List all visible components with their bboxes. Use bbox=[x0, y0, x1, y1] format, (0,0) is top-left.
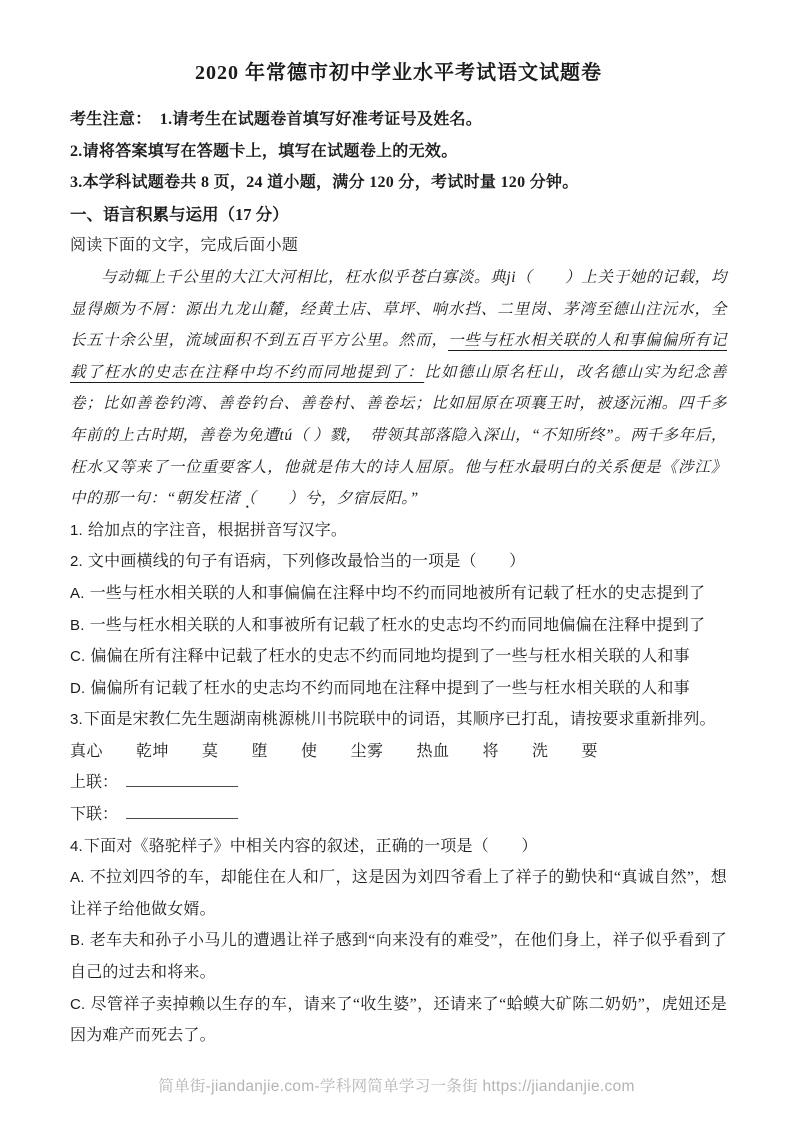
question-2-option-c: C.偏偏在所有注释中记载了枉水的史志不约而同地均提到了一些与枉水相关联的人和事 bbox=[70, 641, 727, 673]
q4-option-c-label: C. bbox=[70, 996, 85, 1013]
option-b-text: 一些与枉水相关联的人和事被所有记载了枉水的史志均不约而同地偏偏在注释中提到了 bbox=[90, 617, 706, 634]
question-2-text: 文中画横线的句子有语病，下列修改最恰当的一项是（ ） bbox=[88, 553, 525, 570]
q4-option-b-text: 老车夫和孙子小马儿的遭遇让祥子感到“向来没有的难受”，在他们身上，祥子似乎看到了… bbox=[70, 932, 727, 981]
question-3: 3.下面是宋教仁先生题湖南桃源桃川书院联中的词语，其顺序已打乱，请按要求重新排列… bbox=[70, 704, 727, 736]
question-1-text: 给加点的字注音，根据拼音写汉字。 bbox=[88, 522, 347, 539]
question-4-option-a: A.不拉刘四爷的车，却能住在人和厂，这是因为刘四爷看上了祥子的勤快和“真诚自然”… bbox=[70, 862, 727, 925]
option-d-text: 偏偏所有记载了枉水的史志均不约而同地在注释中提到了一些与枉水相关联的人和事 bbox=[90, 680, 689, 697]
section-heading: 一、语言积累与运用（17 分） bbox=[70, 199, 727, 231]
question-2-option-b: B.一些与枉水相关联的人和事被所有记载了枉水的史志均不约而同地偏偏在注释中提到了 bbox=[70, 610, 727, 642]
dotted-character: 渚 bbox=[224, 490, 240, 507]
question-3-text: 下面是宋教仁先生题湖南桃源桃川书院联中的词语，其顺序已打乱，请按要求重新排列。 bbox=[84, 711, 716, 728]
q4-option-a-text: 不拉刘四爷的车，却能住在人和厂，这是因为刘四爷看上了祥子的勤快和“真诚自然”，想… bbox=[70, 869, 727, 918]
question-3-number: 3. bbox=[70, 711, 83, 728]
option-a-text: 一些与枉水相关联的人和事偏偏在注释中均不约而同地被所有记载了枉水的史志提到了 bbox=[90, 585, 706, 602]
question-2-number: 2. bbox=[70, 553, 83, 570]
notice-line-3: 3.本学科试题卷共 8 页，24 道小题，满分 120 分，考试时量 120 分… bbox=[70, 167, 727, 199]
question-2-option-d: D.偏偏所有记载了枉水的史志均不约而同地在注释中提到了一些与枉水相关联的人和事 bbox=[70, 673, 727, 705]
question-4-option-c: C.尽管祥子卖掉赖以生存的车，请来了“收生婆”，还请来了“蛤蟆大矿陈二奶奶”，虎… bbox=[70, 989, 727, 1052]
exam-paper-page: 2020 年常德市初中学业水平考试语文试题卷 考生注意： 1.请考生在试题卷首填… bbox=[0, 0, 793, 1052]
question-2-option-a: A.一些与枉水相关联的人和事偏偏在注释中均不约而同地被所有记载了枉水的史志提到了 bbox=[70, 578, 727, 610]
question-1: 1.给加点的字注音，根据拼音写汉字。 bbox=[70, 515, 727, 547]
option-d-label: D. bbox=[70, 680, 85, 697]
notice-line-2: 2.请将答案填写在答题卡上，填写在试题卷上的无效。 bbox=[70, 136, 727, 168]
question-4-text: 下面对《骆驼样子》中相关内容的叙述，正确的一项是（ ） bbox=[84, 838, 538, 855]
option-b-label: B. bbox=[70, 617, 85, 634]
page-title: 2020 年常德市初中学业水平考试语文试题卷 bbox=[70, 58, 727, 88]
passage-part3: （ ）兮，夕宿辰阳。” bbox=[240, 490, 419, 507]
reading-intro: 阅读下面的文字，完成后面小题 bbox=[70, 230, 727, 262]
notice-line-1: 考生注意： 1.请考生在试题卷首填写好准考证号及姓名。 bbox=[70, 104, 727, 136]
passage-part2: 比如德山原名枉山，改名德山实为纪念善卷；比如善卷钓湾、善卷钓台、善卷村、善卷坛；… bbox=[70, 364, 727, 507]
question-4-option-b: B.老车夫和孙子小马儿的遭遇让祥子感到“向来没有的难受”，在他们身上，祥子似乎看… bbox=[70, 925, 727, 988]
reading-passage: 与动辄上千公里的大江大河相比，枉水似乎苍白寡淡。典ji（ ）上关于她的记载，均显… bbox=[70, 262, 727, 515]
option-c-label: C. bbox=[70, 648, 85, 665]
xialian-label: 下联： bbox=[70, 799, 118, 831]
question-4: 4.下面对《骆驼样子》中相关内容的叙述，正确的一项是（ ） bbox=[70, 831, 727, 863]
couplet-word-list: 真心 乾坤 莫 堕 使 尘雾 热血 将 洗 要 bbox=[70, 736, 727, 768]
option-c-text: 偏偏在所有注释中记载了枉水的史志不约而同地均提到了一些与枉水相关联的人和事 bbox=[90, 648, 689, 665]
shanglian-row: 上联： bbox=[70, 767, 727, 799]
xialian-row: 下联： bbox=[70, 799, 727, 831]
q4-option-c-text: 尽管祥子卖掉赖以生存的车，请来了“收生婆”，还请来了“蛤蟆大矿陈二奶奶”，虎妞还… bbox=[70, 996, 727, 1045]
q4-option-a-label: A. bbox=[70, 869, 85, 886]
footer-watermark: 简单街-jiandanjie.com-学科网简单学习一条街 https://ji… bbox=[0, 1074, 793, 1096]
q4-option-b-label: B. bbox=[70, 932, 85, 949]
option-a-label: A. bbox=[70, 585, 85, 602]
question-2: 2.文中画横线的句子有语病，下列修改最恰当的一项是（ ） bbox=[70, 546, 727, 578]
question-4-number: 4. bbox=[70, 838, 83, 855]
shanglian-blank bbox=[126, 769, 238, 788]
shanglian-label: 上联： bbox=[70, 767, 118, 799]
question-1-number: 1. bbox=[70, 522, 83, 539]
xialian-blank bbox=[126, 800, 238, 819]
